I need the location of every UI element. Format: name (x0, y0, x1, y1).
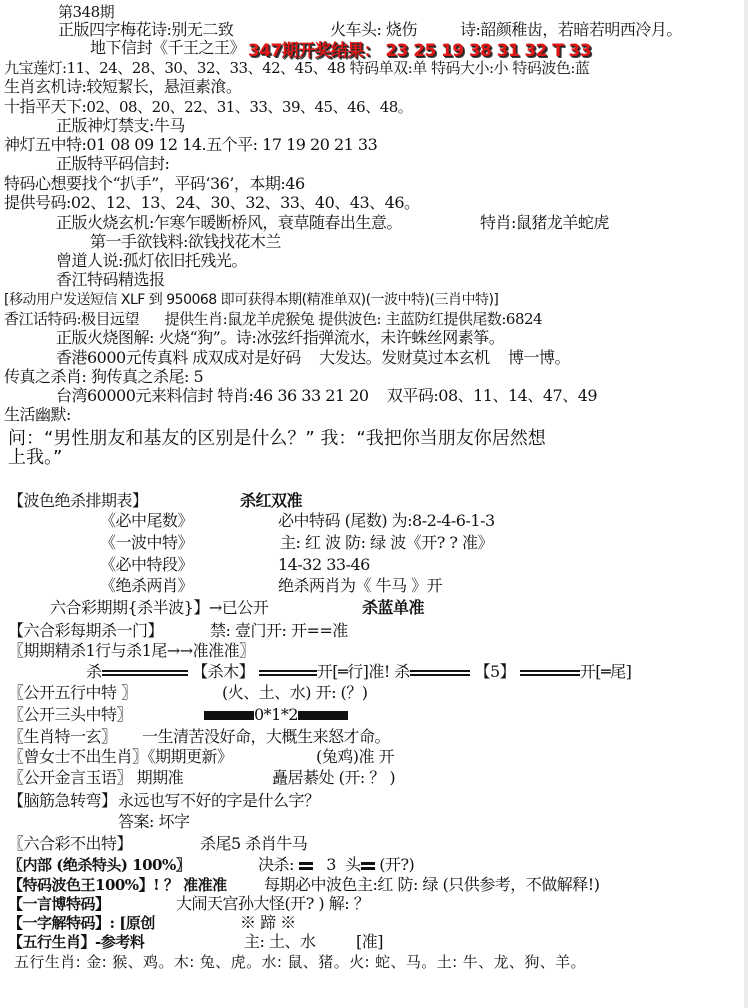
provide-list: 02、12、13、24、30、32、33、40、43、46。 (71, 193, 420, 212)
taiwan-row: 台湾60000元来料信封 特肖:46 36 33 21 20 双平码:08、11… (56, 386, 597, 406)
hk-fax-a: 香港6000元传真料 成双成对是好码 (56, 348, 301, 367)
half-wave-label: 六合彩期期{杀半波}】→已公开 (50, 598, 268, 618)
hk-fax-b: 大发达。发财莫过本玄机 (319, 348, 490, 367)
no-special-value: 杀尾5 杀肖牛马 (200, 834, 307, 854)
jiubao-row: 九宝莲灯:11、24、28、30、32、33、42、45、48 特码单双:单 特… (4, 58, 589, 78)
brain-teaser-answer: 答案: 坏字 (118, 812, 189, 832)
kill-a: 杀 (86, 662, 102, 681)
kill-door-value: 禁: 壹门开: 开==准 (210, 621, 348, 641)
provide-numbers: 提供号码:02、12、13、24、30、32、33、40、43、46。 (4, 193, 420, 213)
internal-row: 决杀: 3 头 (开?) (258, 855, 414, 875)
envelope-title: 地下信封《千王之王》 (90, 38, 245, 58)
block-bar (204, 711, 254, 720)
wuxing-ref-label: 【五行生肖】-参考料 (8, 932, 144, 952)
shendeng-label: 神灯五中特: (4, 135, 86, 154)
wave-king-value: 每期必中波色主:红 防: 绿 (只供参考，不做解释!) (264, 875, 599, 895)
hk-fax-c: 博一博。 (508, 348, 570, 367)
daoren-saying: 曾道人说:孤灯依旧托残光。 (56, 251, 247, 271)
one-char-label: 【一字解特码】: [原创 (8, 913, 155, 933)
golden-words-value: 矗居綦处 (开: ？ ) (272, 768, 395, 788)
double-line-divider (259, 670, 317, 676)
taiwan-special: 台湾60000元来料信封 特肖:46 36 33 21 20 (56, 386, 369, 405)
block-equals (299, 862, 313, 870)
talk-wave: 提供波色: 主蓝防红 (319, 310, 444, 328)
one-word-label: 【一言博特码】 (8, 894, 110, 914)
shendeng-numbers: 01 08 09 12 14. (86, 135, 206, 154)
fire-zodiac: 特肖:鼠猪龙羊蛇虎 (480, 213, 609, 233)
kill-e: 开[═尾] (580, 662, 632, 681)
vertical-scrollbar[interactable] (744, 0, 748, 1008)
plum-poem: 正版四字梅花诗:别无二致 (58, 20, 233, 40)
issue-number: 第348期 (58, 2, 114, 22)
xiangjiang-title: 香江特码精选报 (56, 270, 165, 290)
jiubao-numbers: 11、24、28、30、32、33、42、45、48 (67, 59, 346, 77)
internal-label: 〖内部 (绝杀特头) 100%〗 (8, 855, 190, 875)
double-line-divider (410, 670, 470, 676)
three-heads-value: 0*1*2 (254, 705, 298, 724)
pingma-envelope: 正版特平码信封: (56, 154, 169, 174)
five-elements-label: 〖公开五行中特 〗 (8, 683, 137, 703)
talk-special: 香江话特码:极目远望 (4, 310, 139, 328)
wave-row-label: 《绝杀两肖》 (100, 576, 193, 596)
internal-kill: 决杀: (258, 855, 294, 874)
lottery-document: 第348期 正版四字梅花诗:别无二致 火车头: 烧伤 诗:韶颜稚齿，若暗若明西冷… (0, 0, 744, 1008)
fire-mystery: 正版火烧玄机:乍寒乍暖断桥风，衰草随春出生意。 (56, 213, 402, 233)
first-hand: 第一手欲钱料:欲钱找花木兰 (90, 232, 281, 252)
internal-head-number: 3 (326, 855, 336, 874)
kill-door-label: 【六合彩每期杀一门】 (8, 621, 163, 641)
block-equals (361, 862, 375, 870)
shizhi-numbers: 02、08、20、22、31、33、39、45、46、48。 (86, 98, 412, 116)
wave-king-label: 【特码波色王100%】! ？ 准准准 (8, 875, 227, 895)
kill-five: 【5】 (474, 662, 515, 681)
sms-ad: [移动用户发送短信 XLF 到 950068 即可获得本期(精准单双)(一波中特… (4, 290, 498, 310)
ms-zeng-label: 〖曾女士不出生肖〗《期期更新》 (8, 747, 233, 767)
golden-words-label: 〖公开金言玉语〗 期期准 (8, 768, 183, 788)
joke-line-1: 问：“男性朋友和基友的区别是什么？” 我：“我把你当朋友你居然想 (8, 428, 546, 450)
kill-c: 开[═行]准! 杀 (317, 662, 410, 681)
ping-label: 五个平: (206, 135, 257, 154)
shizhi-row: 十指平天下:02、08、20、22、31、33、39、45、46、48。 (4, 97, 412, 117)
wuxing-ref-value: 主: 土、水 (244, 932, 315, 952)
one-char-value: ※ 蹄 ※ (240, 913, 296, 933)
kill-line-tail-row: 杀 【杀木】 开[═行]准! 杀 【5】 开[═尾] (86, 662, 631, 682)
five-elements-value: (火、土、水) 开: (？) (222, 683, 368, 703)
wave-row-label: 《必中尾数》 (100, 511, 193, 531)
double-line-divider (102, 670, 188, 676)
wuxing-list: 五行生肖: 金: 猴、鸡。木: 兔、虎。水: 鼠、猪。火: 蛇、马。土: 牛、龙… (14, 952, 586, 972)
internal-open: (开?) (379, 855, 414, 874)
internal-head: 头 (345, 855, 361, 874)
xiangjiang-talk: 香江话特码:极目远望 提供生肖:鼠龙羊虎猴兔 提供波色: 主蓝防红提供尾数:68… (4, 309, 542, 329)
block-bar (298, 711, 348, 720)
wuxing-ref-tag: [准] (356, 932, 383, 952)
three-heads-label: 〖公开三头中特〗 (8, 705, 132, 725)
wave-row-label: 《必中特段》 (100, 555, 193, 575)
zodiac-riddle-value: 一生清苦没好命，大概生来怒才命。 (142, 727, 390, 747)
one-word-value: 大闹天宫孙大怪(开? ) 解: ？ (176, 894, 369, 914)
size: 特码大小:小 (431, 59, 508, 77)
wave-table-title: 【波色绝杀排期表】 (8, 491, 148, 511)
brain-teaser-label: 【脑筋急转弯】 (8, 791, 117, 811)
odd-even: 特码单双:单 (350, 59, 427, 77)
fax-kill: 传真之杀肖: 狗传真之杀尾: 5 (4, 367, 203, 387)
kill-line-tail-title: 〖期期精杀1行与杀1尾→→准准准〗 (8, 641, 255, 661)
provide-label: 提供号码: (4, 193, 71, 212)
talk-zodiac: 提供生肖:鼠龙羊虎猴兔 (165, 310, 315, 328)
ms-zeng-value: (兔鸡)准 开 (316, 747, 394, 767)
shendeng-ban: 正版神灯禁支:牛马 (56, 116, 185, 136)
three-heads-row: 0*1*2 (204, 705, 348, 725)
jiubao-label: 九宝莲灯: (4, 59, 67, 77)
humor-label: 生活幽默: (4, 405, 71, 425)
tema-heart: 特码心想要找个“扒手”，平码‘36’，本期:46 (4, 174, 305, 194)
wave-table-verdict: 杀红双准 (240, 491, 302, 511)
taiwan-double: 双平码:08、11、14、47、49 (387, 386, 597, 405)
double-line-divider (520, 670, 580, 676)
wave-color: 特码波色:蓝 (512, 59, 589, 77)
ping-numbers: 17 19 20 21 33 (262, 135, 377, 154)
zodiac-riddle-label: 〖生肖特一玄〗 (8, 727, 117, 747)
brain-teaser-question: 永远也写不好的字是什么字？ (118, 791, 320, 811)
zodiac-poem: 生肖玄机诗:较短絜长，悬洹素湌。 (4, 77, 241, 97)
shizhi-label: 十指平天下: (4, 97, 86, 116)
wave-row-value: 14-32 33-46 (278, 555, 370, 575)
half-wave-verdict: 杀蓝单准 (362, 598, 424, 618)
fire-diagram: 正版火烧图解: 火烧“狗”。诗:冰弦纤指弹流水，未许蛛丝网素筝。 (56, 328, 504, 348)
wave-row-value: 必中特码 (尾数) 为:8-2-4-6-1-3 (278, 511, 495, 531)
hk-fax: 香港6000元传真料 成双成对是好码 大发达。发财莫过本玄机 博一博。 (56, 348, 570, 368)
kill-wood: 【杀木】 (192, 662, 254, 681)
wave-row-value: 绝杀两肖为《 牛马 》开 (278, 576, 442, 596)
wave-row-value: 主: 红 波 防: 绿 波《开? ? 准》 (280, 533, 493, 553)
no-special-label: 〖六合彩不出特】 (8, 834, 132, 854)
shendeng-five: 神灯五中特:01 08 09 12 14.五个平: 17 19 20 21 33 (4, 135, 377, 155)
talk-tail: 提供尾数:6824 (443, 310, 542, 328)
joke-line-2: 上我。” (8, 447, 62, 469)
wave-row-label: 《一波中特》 (100, 533, 193, 553)
